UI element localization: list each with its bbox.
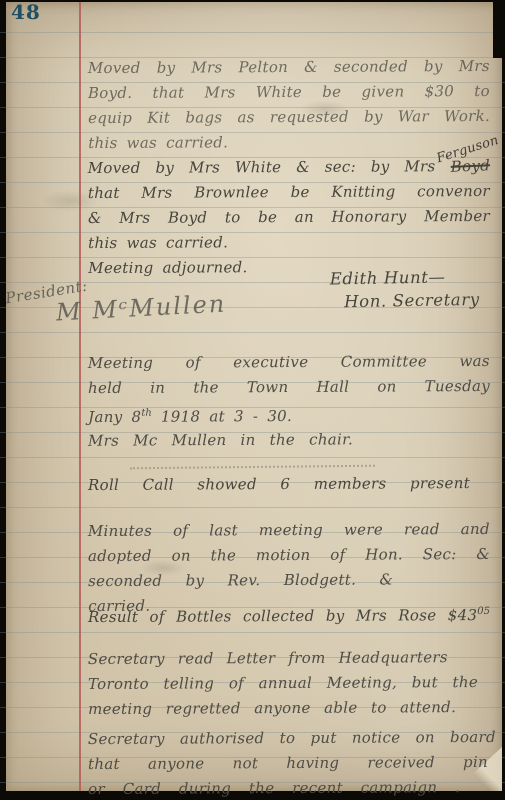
handwritten-line: & Mrs Boyd to be an Honorary Member (88, 204, 490, 231)
handwritten-line-with-correction: Moved by Mrs White & sec: by Mrs Boyd Fe… (88, 154, 490, 181)
minutes-paragraph-meeting-heading: Meeting of executive Committee was held … (88, 349, 490, 426)
handwritten-line: meeting regretted anyone able to attend. (88, 695, 456, 722)
secretary-signature-name: Edith Hunt— (330, 265, 500, 291)
minutes-paragraph-motion1: Moved by Mrs Pelton & seconded by Mrs Bo… (88, 54, 491, 156)
paper-stain (300, 100, 350, 118)
date-year-time: 1918 at 3 - 30. (152, 407, 292, 426)
handwritten-line: Secretary read Letter from Headquarters (88, 645, 448, 672)
handwritten-line: seconded by Rev. Blodgett. & carried. (88, 567, 393, 594)
minutes-paragraph-hq-letter: Secretary read Letter from Headquarters … (88, 645, 478, 722)
scan-edge-shadow (493, 0, 505, 58)
paper-stain (140, 560, 186, 576)
handwritten-line: Moved by Mrs Pelton & seconded by Mrs (88, 54, 490, 81)
handwritten-line: equip Kit bags as requested by War Work. (88, 104, 490, 131)
red-margin-line (79, 2, 81, 791)
minutes-paragraph-rollcall: Roll Call showed 6 members present (88, 471, 470, 498)
handwritten-line: Minutes of last meeting were read and (88, 517, 490, 544)
date-ordinal: th (141, 408, 152, 419)
handwritten-line: this was carried. (88, 129, 490, 156)
secretary-signature-block: Edith Hunt— Hon. Secretary (330, 265, 501, 314)
handwritten-line: Roll Call showed 6 members present (88, 471, 470, 498)
handwritten-line: Meeting of executive Committee was (88, 349, 490, 376)
motion2-lead: Moved by Mrs White & sec: by Mrs (88, 157, 436, 177)
handwritten-date-line: Jany 8th 1918 at 3 - 30. (88, 399, 490, 426)
minutes-paragraph-notice: Secretary authorised to put notice on bo… (88, 725, 490, 800)
handwritten-line: that Mrs Brownlee be Knitting convenor (88, 179, 490, 206)
bottles-amount-text: Result of Bottles collected by Mrs Rose … (88, 606, 477, 626)
secretary-signature-title: Hon. Secretary (330, 288, 500, 314)
handwritten-line: Result of Bottles collected by Mrs Rose … (88, 599, 490, 626)
scanned-minute-book-page: 48 Moved by Mrs Pelton & seconded by Mrs… (0, 0, 505, 800)
paper-stain (40, 190, 100, 212)
minutes-paragraph-bottles: Result of Bottles collected by Mrs Rose … (88, 599, 490, 626)
page-number: 48 (11, 0, 41, 24)
date-day: Jany 8 (88, 408, 141, 426)
handwritten-line: Boyd. that Mrs White be given $30 to (88, 79, 490, 106)
handwritten-line: or Card during the recent campaign . (88, 775, 460, 800)
handwritten-line: that anyone not having received pin (88, 750, 488, 777)
minutes-paragraph-chair: Mrs Mc Mullen in the chair. (88, 427, 353, 453)
handwritten-line: Secretary authorised to put notice on bo… (88, 725, 496, 752)
minutes-paragraph-adoption: Minutes of last meeting were read and ad… (88, 517, 490, 594)
minutes-paragraph-motion2: Moved by Mrs White & sec: by Mrs Boyd Fe… (88, 154, 491, 281)
handwritten-line: this was carried. (88, 229, 490, 256)
bottles-cents-superscript: 05 (477, 606, 490, 617)
handwritten-line: Toronto telling of annual Meeting, but t… (88, 670, 478, 697)
handwritten-line: Mrs Mc Mullen in the chair. (88, 427, 353, 453)
handwritten-line: held in the Town Hall on Tuesday (88, 374, 490, 401)
